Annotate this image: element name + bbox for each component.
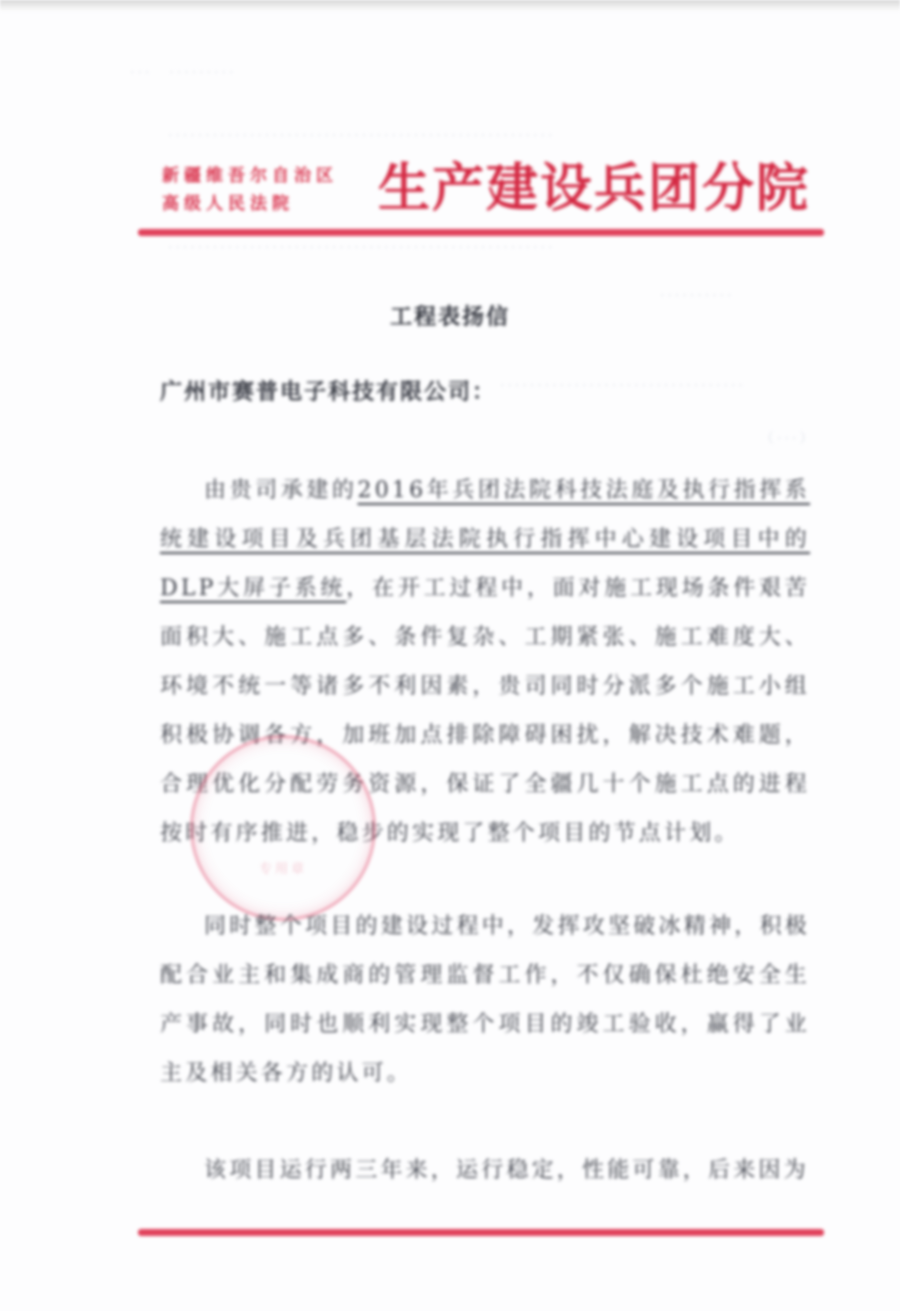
salutation: 广州市赛普电子科技有限公司： <box>160 375 496 406</box>
letterhead-line-2: 高级人民法院 <box>162 190 372 218</box>
letterhead-org-big: 生产建设兵团分院 <box>378 160 810 218</box>
bleed-through-text: ································· <box>500 378 746 394</box>
bleed-through-text: （···） <box>760 428 816 448</box>
letterhead: 新疆维吾尔自治区 高级人民法院 生产建设兵团分院 <box>160 160 820 220</box>
document-title: 工程表扬信 <box>0 300 900 331</box>
bleed-through-text: ··· ········· <box>130 62 236 82</box>
paragraph-3: 该项目运行两三年来，运行稳定，性能可靠，后来因为 <box>160 1146 810 1195</box>
letterhead-line-1: 新疆维吾尔自治区 <box>162 162 372 190</box>
letterhead-org-small: 新疆维吾尔自治区 高级人民法院 <box>162 162 372 218</box>
paragraph-1-lead: 由贵司承建的 <box>204 478 358 503</box>
bleed-through-text: ········································… <box>168 240 818 256</box>
letterhead-rule-top <box>138 229 824 236</box>
letter-page: ··· ········· ··························… <box>0 0 900 1311</box>
seal-text: 专用章 <box>193 858 373 877</box>
bleed-through-text: ········································… <box>168 128 818 144</box>
footer-rule <box>138 1229 824 1236</box>
paragraph-2: 同时整个项目的建设过程中，发挥攻坚破冰精神，积极配合业主和集成商的管理监督工作，… <box>160 902 810 1098</box>
official-seal: 专用章 <box>190 735 376 921</box>
